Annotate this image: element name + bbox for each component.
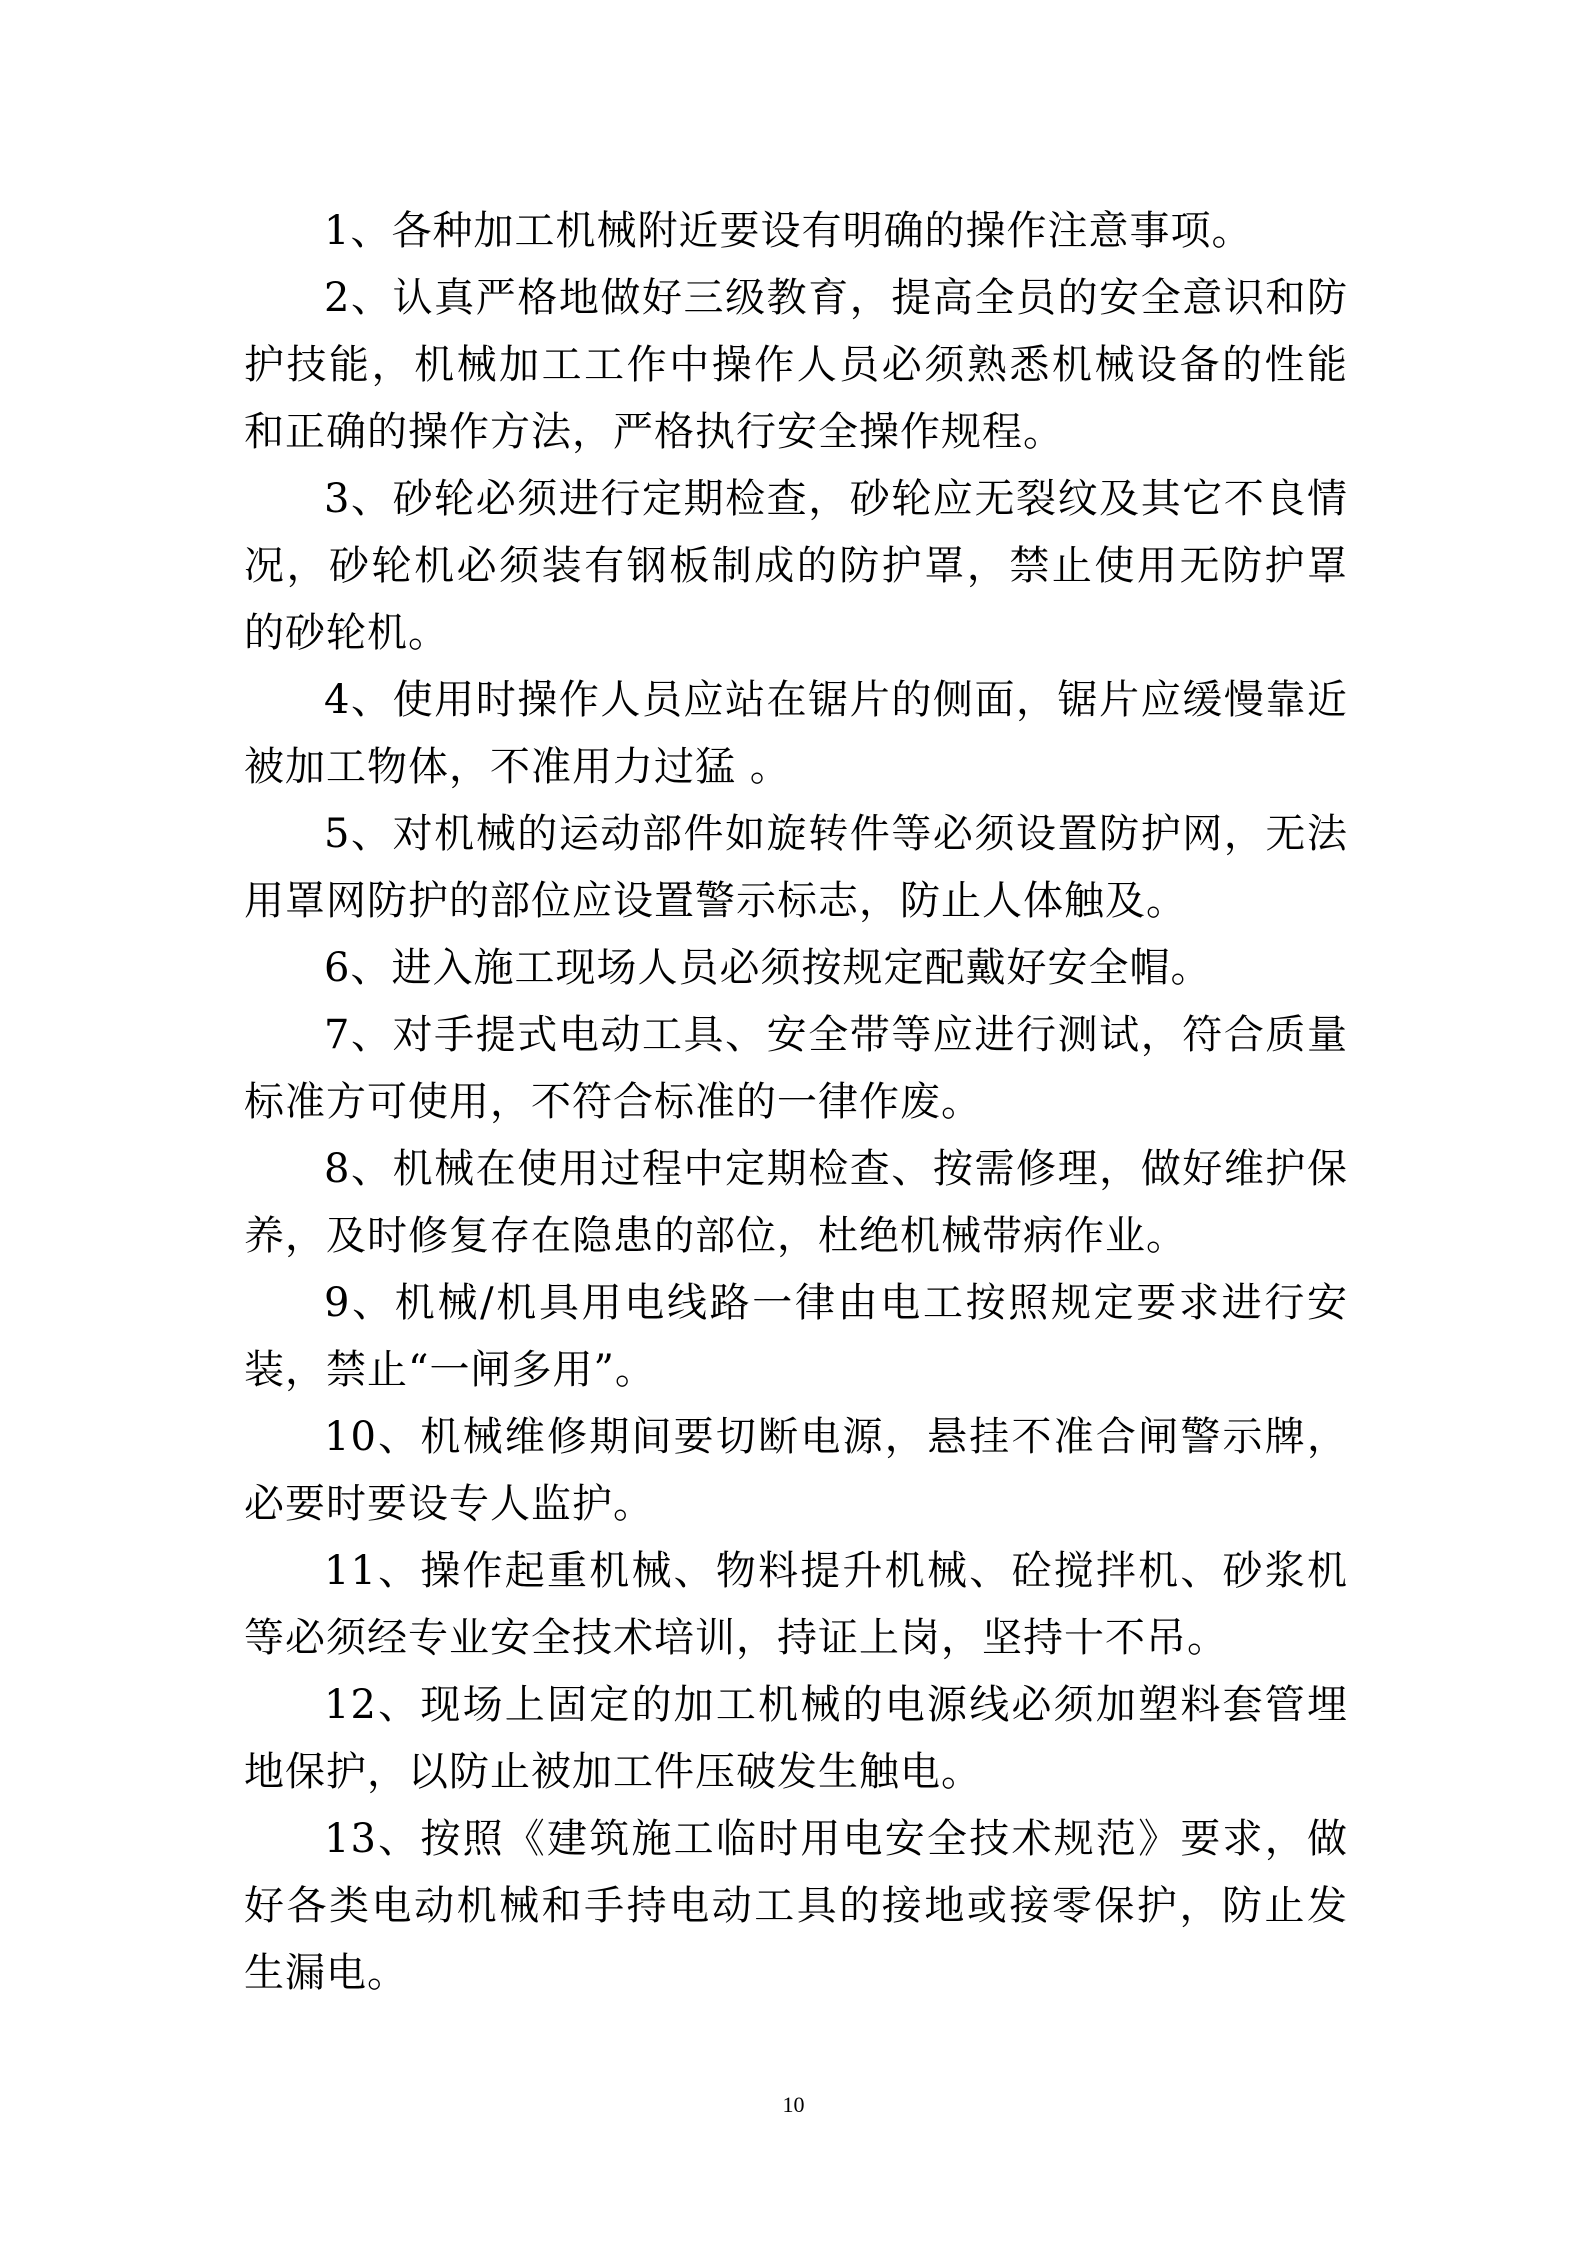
- paragraph-12: 12、现场上固定的加工机械的电源线必须加塑料套管埋地保护，以防止被加工件压破发生…: [244, 1672, 1348, 1806]
- paragraph-7: 7、对手提式电动工具、安全带等应进行测试，符合质量标准方可使用，不符合标准的一律…: [244, 1002, 1348, 1136]
- paragraph-2: 2、认真严格地做好三级教育，提高全员的安全意识和防护技能，机械加工工作中操作人员…: [244, 265, 1348, 466]
- paragraph-1: 1、各种加工机械附近要设有明确的操作注意事项。: [244, 198, 1348, 265]
- paragraph-11: 11、操作起重机械、物料提升机械、砼搅拌机、砂浆机等必须经专业安全技术培训，持证…: [244, 1538, 1348, 1672]
- paragraph-10: 10、机械维修期间要切断电源，悬挂不准合闸警示牌，必要时要设专人监护。: [244, 1404, 1348, 1538]
- paragraph-6: 6、进入施工现场人员必须按规定配戴好安全帽。: [244, 935, 1348, 1002]
- paragraph-4: 4、使用时操作人员应站在锯片的侧面，锯片应缓慢靠近被加工物体，不准用力过猛 。: [244, 667, 1348, 801]
- paragraph-8: 8、机械在使用过程中定期检查、按需修理，做好维护保养，及时修复存在隐患的部位，杜…: [244, 1136, 1348, 1270]
- document-page: 1、各种加工机械附近要设有明确的操作注意事项。 2、认真严格地做好三级教育，提高…: [0, 0, 1587, 2245]
- paragraph-13: 13、按照《建筑施工临时用电安全技术规范》要求，做好各类电动机械和手持电动工具的…: [244, 1806, 1348, 2007]
- page-number: 10: [0, 2092, 1587, 2118]
- paragraph-5: 5、对机械的运动部件如旋转件等必须设置防护网，无法用罩网防护的部位应设置警示标志…: [244, 801, 1348, 935]
- paragraph-3: 3、砂轮必须进行定期检查，砂轮应无裂纹及其它不良情况，砂轮机必须装有钢板制成的防…: [244, 466, 1348, 667]
- body-text: 1、各种加工机械附近要设有明确的操作注意事项。 2、认真严格地做好三级教育，提高…: [244, 198, 1348, 2007]
- paragraph-9: 9、机械/机具用电线路一律由电工按照规定要求进行安装，禁止“一闸多用”。: [244, 1270, 1348, 1404]
